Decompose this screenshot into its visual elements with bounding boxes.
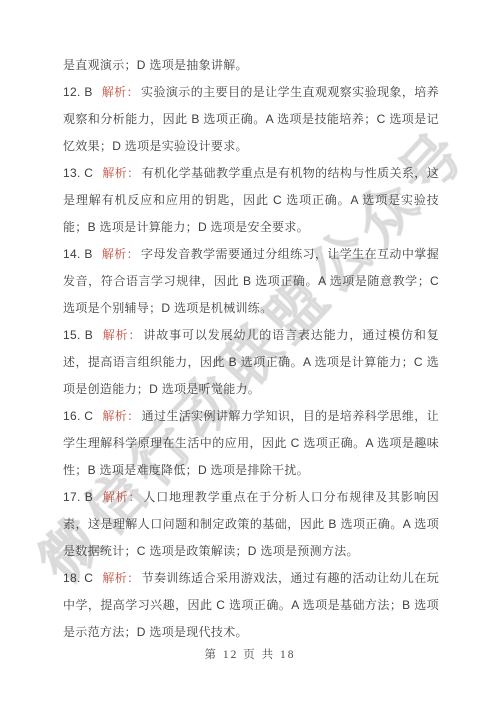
- analysis-label: 解析：: [102, 166, 139, 180]
- question-number-answer: 13. C: [63, 166, 93, 180]
- question-number-answer: 17. B: [63, 490, 93, 504]
- question-number-answer: 15. B: [63, 328, 93, 342]
- answer-item-16: 16. C解析：通过生活实例讲解力学知识，目的是培养科学思维，让学生理解科学原理…: [63, 403, 439, 484]
- continuation-paragraph: 是直观演示；D 选项是抽象讲解。: [63, 52, 439, 79]
- answer-explanations: 是直观演示；D 选项是抽象讲解。 12. B解析：实验演示的主要目的是让学生直观…: [63, 52, 439, 646]
- question-number-answer: 16. C: [63, 409, 93, 423]
- analysis-label: 解析：: [102, 247, 139, 261]
- analysis-label: 解析：: [102, 409, 139, 423]
- answer-item-15: 15. B解析：讲故事可以发展幼儿的语言表达能力，通过模仿和复述，提高语言组织能…: [63, 322, 439, 403]
- analysis-label: 解析：: [102, 328, 141, 342]
- page-number-footer: 第 12 页 共 18: [0, 646, 500, 662]
- answer-item-17: 17. B解析：人口地理教学重点在于分析人口分布规律及其影响因素，这是理解人口问…: [63, 484, 439, 565]
- document-page: 微信行动联盟公众号 是直观演示；D 选项是抽象讲解。 12. B解析：实验演示的…: [0, 0, 500, 707]
- answer-item-18: 18. C解析：节奏训练适合采用游戏法，通过有趣的活动让幼儿在玩中学，提高学习兴…: [63, 565, 439, 646]
- analysis-label: 解析：: [102, 85, 139, 99]
- analysis-label: 解析：: [102, 490, 141, 504]
- answer-item-12: 12. B解析：实验演示的主要目的是让学生直观观察实验现象，培养观察和分析能力，…: [63, 79, 439, 160]
- question-number-answer: 12. B: [63, 85, 93, 99]
- analysis-label: 解析：: [102, 571, 139, 585]
- answer-item-14: 14. B解析：字母发音教学需要通过分组练习，让学生在互动中掌握发音，符合语言学…: [63, 241, 439, 322]
- question-number-answer: 18. C: [63, 571, 93, 585]
- answer-item-13: 13. C解析：有机化学基础教学重点是有机物的结构与性质关系，这是理解有机反应和…: [63, 160, 439, 241]
- continuation-text: 是直观演示；D 选项是抽象讲解。: [63, 58, 248, 72]
- question-number-answer: 14. B: [63, 247, 93, 261]
